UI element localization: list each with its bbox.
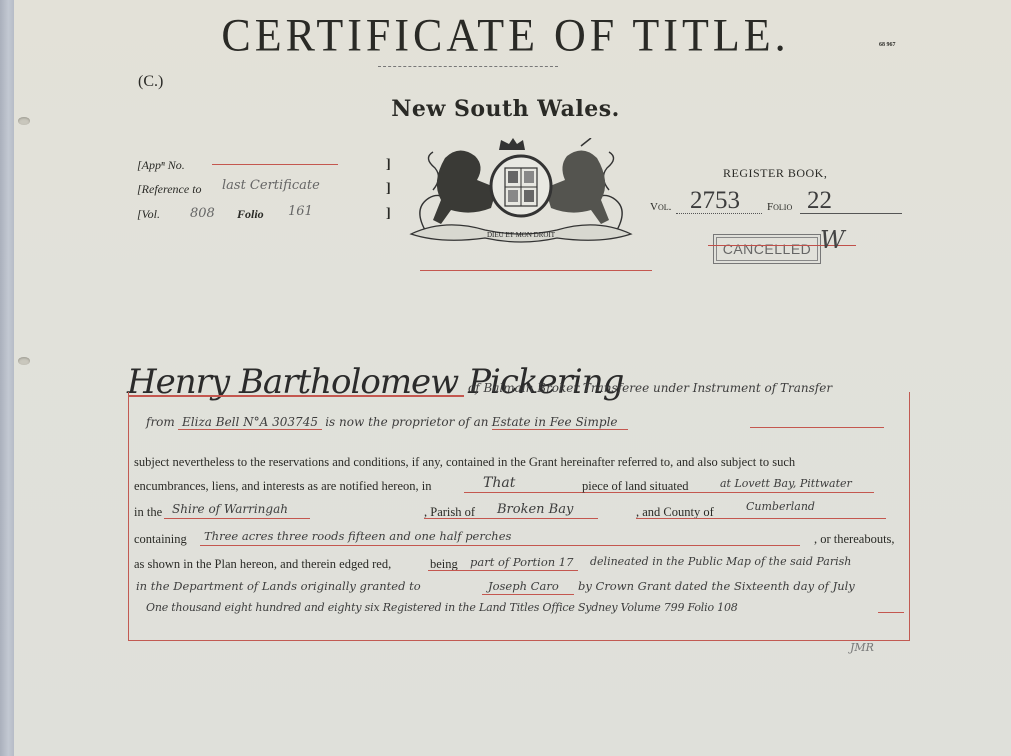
register-vol-label: Vol. xyxy=(650,201,671,213)
crest-underline xyxy=(420,270,652,271)
cancelled-stamp: CANCELLED xyxy=(713,234,821,264)
reference-value: last Certificate xyxy=(222,178,320,193)
register-folio-value: 22 xyxy=(807,187,832,215)
register-folio-label: Folio xyxy=(767,201,792,213)
parish: Broken Bay xyxy=(497,502,573,517)
fill-line xyxy=(164,518,310,519)
from-text: from xyxy=(146,415,175,429)
clerk-initials: JMR xyxy=(850,641,874,654)
fill-line xyxy=(636,518,886,519)
fill-line xyxy=(878,612,904,613)
royal-coat-of-arms-icon: DIEU ET MON DROIT xyxy=(405,138,637,246)
folio-label: Folio xyxy=(237,207,264,222)
thereabouts-text: , or thereabouts, xyxy=(814,532,895,547)
form-number: 68 967 xyxy=(879,42,896,48)
estate-type: Estate in Fee Simple xyxy=(492,415,628,430)
plan-clause: as shown in the Plan hereon, and therein… xyxy=(134,557,391,572)
grant-date: by Crown Grant dated the Sixteenth day o… xyxy=(578,579,855,593)
form-mark: (C.) xyxy=(138,73,163,91)
containing-label: containing xyxy=(134,532,187,547)
document-title: CERTIFICATE OF TITLE. xyxy=(0,9,1011,63)
encumbrances-clause: encumbrances, liens, and interests as ar… xyxy=(134,479,431,494)
county: Cumberland xyxy=(746,500,815,513)
fill-line xyxy=(750,427,884,428)
fill-line xyxy=(428,570,578,571)
vol-label: [Vol. xyxy=(137,207,160,222)
application-field xyxy=(212,164,338,165)
title-divider xyxy=(378,66,558,67)
land-area: Three acres three roods fifteen and one … xyxy=(204,529,511,543)
map-reference: delineated in the Public Map of the said… xyxy=(590,555,851,568)
jurisdiction-heading: New South Wales. xyxy=(0,96,1011,122)
folio-value: 161 xyxy=(288,204,313,219)
fill-line xyxy=(482,594,574,595)
register-book-heading: REGISTER BOOK, xyxy=(723,166,827,181)
department-clause: in the Department of Lands originally gr… xyxy=(136,579,421,593)
svg-text:DIEU ET MON DROIT: DIEU ET MON DROIT xyxy=(487,231,556,239)
register-vol-value: 2753 xyxy=(690,187,740,215)
fill-line xyxy=(200,545,800,546)
stamp-initial: W xyxy=(820,226,845,254)
shire: Shire of Warringah xyxy=(172,502,288,516)
reservations-clause: subject nevertheless to the reservations… xyxy=(134,455,795,470)
grantee: Joseph Caro xyxy=(488,579,559,593)
reference-label: [Reference to xyxy=(137,182,202,197)
in-the-text: in the xyxy=(134,505,162,520)
piece-determiner: That xyxy=(483,475,515,491)
vol-value: 808 xyxy=(190,206,215,221)
bracket: ] xyxy=(386,206,391,222)
land-location: at Lovett Bay, Pittwater xyxy=(720,477,852,490)
portion: part of Portion 17 xyxy=(470,555,573,569)
registration-clause: One thousand eight hundred and eighty si… xyxy=(146,601,738,614)
transferor: Eliza Bell N°A 303745 xyxy=(178,415,322,430)
bracket: ] xyxy=(386,157,391,173)
application-label: [Appⁿ No. xyxy=(137,158,185,173)
piece-of-land-text: piece of land situated xyxy=(582,479,689,494)
proprietor-text: is now the proprietor of an xyxy=(325,415,488,429)
punch-hole xyxy=(18,357,30,365)
bracket: ] xyxy=(386,181,391,197)
fill-line xyxy=(424,518,598,519)
